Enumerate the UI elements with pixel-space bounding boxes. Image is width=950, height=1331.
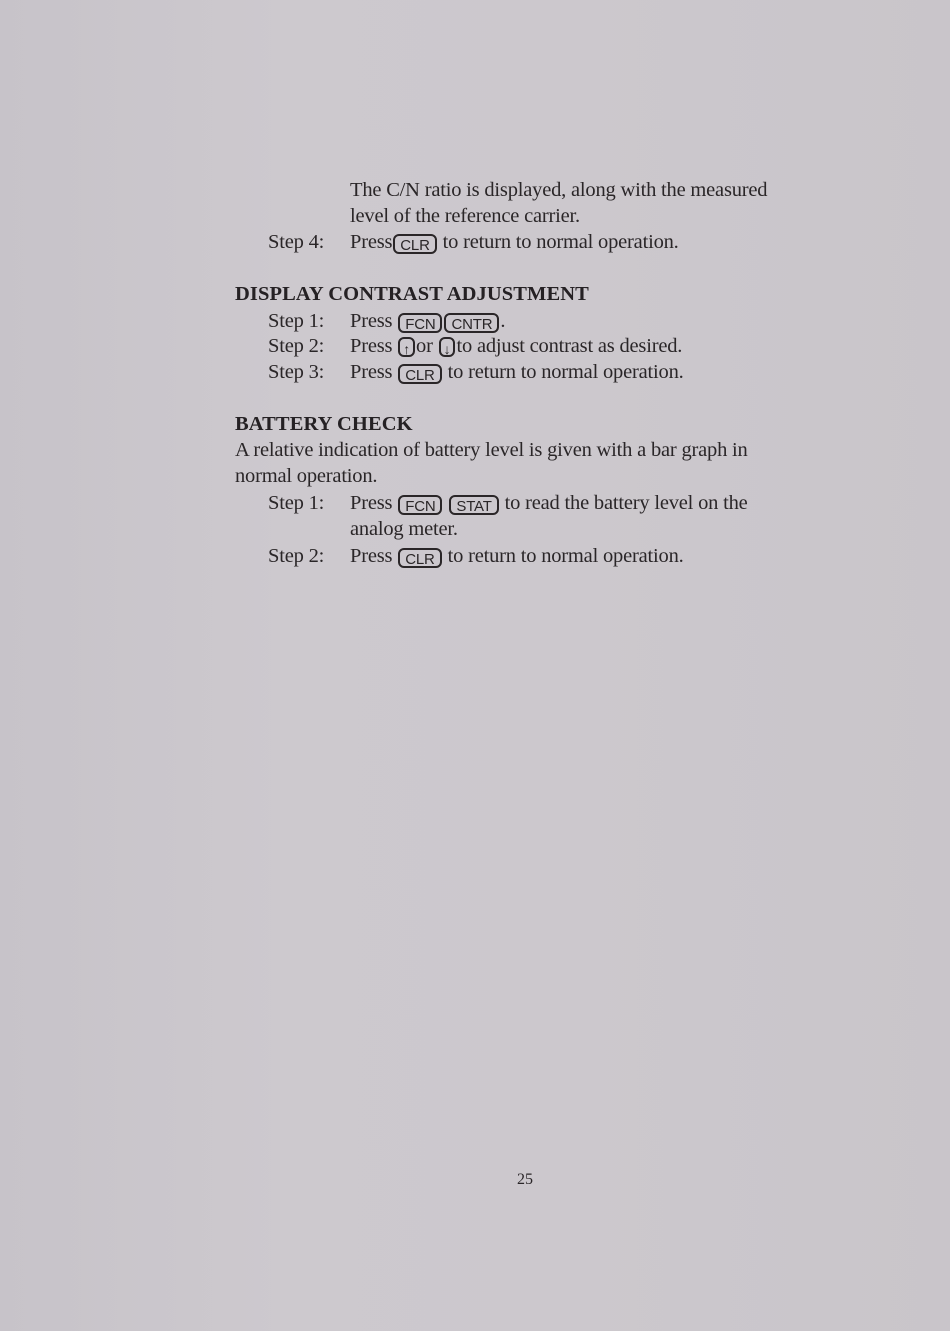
key-cntr: CNTR <box>444 313 499 333</box>
intro-line-2: level of the reference carrier. <box>350 203 580 229</box>
step-label: Step 3: <box>268 359 324 385</box>
step-text-pre: Press <box>350 545 392 567</box>
step-label: Step 2: <box>268 333 324 359</box>
key-fcn: FCN <box>398 313 442 333</box>
step-text-pre: Press <box>350 492 392 514</box>
step-text-post: to return to normal operation. <box>443 231 679 253</box>
battery-step-1-continuation: analog meter. <box>350 516 458 542</box>
key-down-arrow-icon: ↓ <box>439 337 456 357</box>
step-text-pre: Press <box>350 310 392 332</box>
key-fcn: FCN <box>398 495 442 515</box>
key-up-arrow-icon: ↑ <box>398 337 415 357</box>
step-text-post: . <box>500 310 505 332</box>
step-text-pre: Press <box>350 361 392 383</box>
battery-description-line-2: normal operation. <box>235 463 377 489</box>
intro-line-1: The C/N ratio is displayed, along with t… <box>350 177 767 203</box>
key-stat: STAT <box>449 495 498 515</box>
manual-page: The C/N ratio is displayed, along with t… <box>0 0 950 1331</box>
step-text-post: to return to normal operation. <box>448 361 684 383</box>
key-clr: CLR <box>398 548 441 568</box>
step-label: Step 1: <box>268 308 324 334</box>
step-text-pre: Press <box>350 335 392 357</box>
key-clr: CLR <box>393 234 436 254</box>
step-text-post: to return to normal operation. <box>448 545 684 567</box>
step-label: Step 4: <box>268 229 324 255</box>
section-heading-battery-check: BATTERY CHECK <box>235 411 413 437</box>
step-text-mid: or <box>416 335 433 357</box>
page-number: 25 <box>517 1170 533 1190</box>
section-heading-display-contrast: DISPLAY CONTRAST ADJUSTMENT <box>235 281 589 307</box>
step-text-pre: Press <box>350 231 392 253</box>
key-clr: CLR <box>398 364 441 384</box>
battery-description-line-1: A relative indication of battery level i… <box>235 437 748 463</box>
step-text-post: to read the battery level on the <box>505 492 748 514</box>
step-label: Step 2: <box>268 543 324 569</box>
step-text-post: to adjust contrast as desired. <box>456 335 682 357</box>
step-label: Step 1: <box>268 490 324 516</box>
